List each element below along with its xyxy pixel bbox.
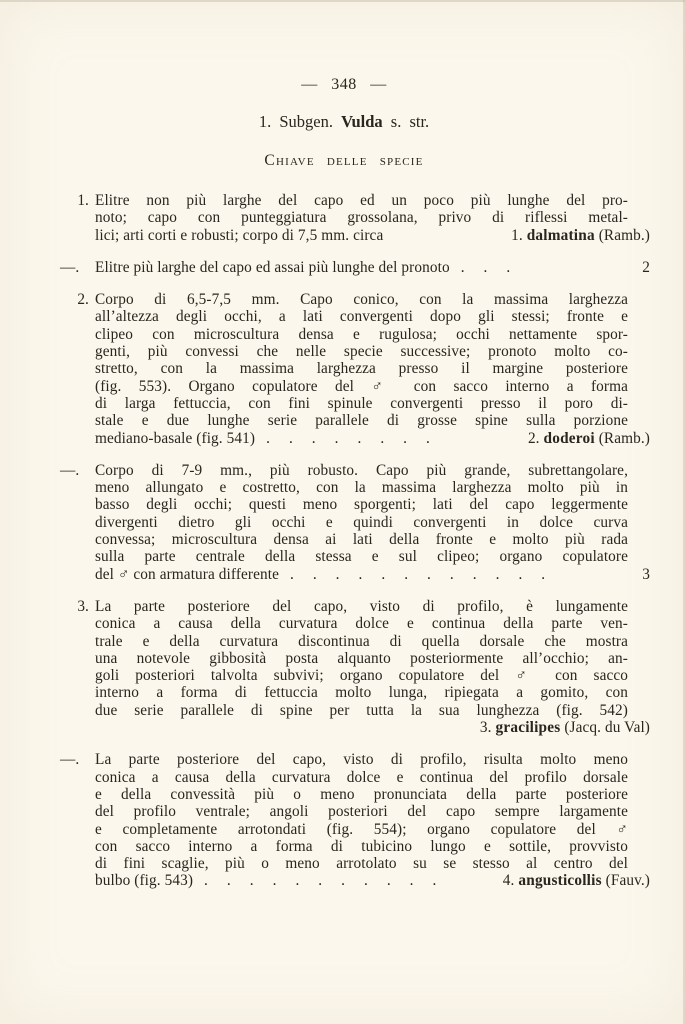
leader-dots: . . . [450,259,511,276]
subgenus-heading-suffix: s. str. [391,112,429,131]
text-line: una notevole gibbosità posta alquanto po… [95,650,628,667]
text-line: due serie parallele di spine per tutta l… [95,702,628,719]
couplet-text: Elitre più larghe del capo ed assai più … [95,259,450,276]
couplet-text: del ♂ con armatura differente [95,566,279,583]
species-name: gracilipes [496,719,561,736]
text-line: stretto, con la massima larghezza presso… [95,360,628,377]
text-line: basso degli occhi; questi meno sporgenti… [95,496,628,513]
leader-dots: . . . . . . . . [255,430,430,447]
text-line: meno allungato e costretto, con la massi… [95,479,628,496]
couplet-tail-line: bulbo (fig. 543). . . . . . . . . . .4. … [95,872,628,889]
couplet-text: mediano-basale (fig. 541) [95,430,255,447]
species-name: dalmatina [527,227,595,244]
leader-dots: . . . . . . . . . . . [193,872,436,889]
key-entry: 1.Elitre non più larghe del capo ed un p… [60,192,628,244]
entry-marker: —. [60,751,95,889]
species-reference: 1. dalmatina (Ramb.) [501,227,650,244]
text-line: sulla parte centrale della stessa e sul … [95,548,628,565]
couplet-tail-line: lici; arti corti e robusti; corpo di 7,5… [95,227,628,244]
text-line: Elitre non più larghe del capo ed un poc… [95,192,628,209]
text-line: trale e della curvatura discontinua di q… [95,633,628,650]
text-line: e della convessità più o meno pronunciat… [95,786,628,803]
text-line: e completamente arrotondati (fig. 554); … [95,821,628,838]
leader-dots: . . . . . . . . . . . . [279,566,545,583]
text-line: di fini scaglie, più o meno arrotolato s… [95,855,628,872]
subgenus-heading: 1. Subgen. Vulda s. str. [60,113,628,131]
key-entry: —.Corpo di 7-9 mm., più robusto. Capo pi… [60,462,628,583]
entry-body: La parte posteriore del capo, visto di p… [95,598,628,736]
text-line: Corpo di 7-9 mm., più robusto. Capo più … [95,462,628,479]
entry-body: Elitre più larghe del capo ed assai più … [95,259,628,276]
entry-body: Corpo di 6,5-7,5 mm. Capo conico, con la… [95,291,628,447]
key-entry: 3.La parte posteriore del capo, visto di… [60,598,628,736]
text-line: del profilo ventrale; angoli posteriori … [95,803,628,820]
subgenus-heading-prefix: 1. Subgen. [259,112,333,131]
species-reference: 3. gracilipes (Jacq. du Val) [95,719,650,736]
key-title: Chiave delle specie [60,152,628,169]
page-number: — 348 — [60,76,628,94]
text-line: Corpo di 6,5-7,5 mm. Capo conico, con la… [95,291,628,308]
subgenus-name: Vulda [341,112,383,131]
key-entry: —.Elitre più larghe del capo ed assai pi… [60,259,628,276]
text-line: La parte posteriore del capo, visto di p… [95,751,628,768]
entry-body: Elitre non più larghe del capo ed un poc… [95,192,628,244]
text-line: La parte posteriore del capo, visto di p… [95,598,628,615]
key-entry: —.La parte posteriore del capo, visto di… [60,751,628,889]
entry-body: Corpo di 7-9 mm., più robusto. Capo più … [95,462,628,583]
entry-marker: 2. [60,291,95,447]
text-line: con sacco interno a forma di tubicino lu… [95,838,628,855]
text-line: stale e due lunghe serie parallele di gr… [95,412,628,429]
species-name: angusticollis [518,872,601,889]
species-reference: 4. angusticollis (Fauv.) [493,872,650,889]
couplet-tail-line: mediano-basale (fig. 541). . . . . . . .… [95,430,628,447]
entry-marker: —. [60,259,95,276]
entry-marker: —. [60,462,95,583]
couplet-target: 2 [632,259,650,276]
text-line: convessa; microscultura densa ai lati de… [95,531,628,548]
text-line: all’altezza degli occhi, a lati converge… [95,308,628,325]
key-entry: 2.Corpo di 6,5-7,5 mm. Capo conico, con … [60,291,628,447]
key-entries: 1.Elitre non più larghe del capo ed un p… [60,192,628,890]
page-content: — 348 — 1. Subgen. Vulda s. str. Chiave … [60,0,628,890]
entry-body: La parte posteriore del capo, visto di p… [95,751,628,889]
couplet-tail-line: del ♂ con armatura differente. . . . . .… [95,566,628,583]
couplet-target: 3 [632,566,650,583]
text-line: genti, più convessi che nelle specie suc… [95,343,628,360]
entry-marker: 3. [60,598,95,736]
text-line: goli posteriori talvolta subvivi; organo… [95,667,628,684]
species-reference: 2. doderoi (Ramb.) [518,430,650,447]
text-line: clipeo con microscultura densa e rugulos… [95,326,628,343]
book-page: — 348 — 1. Subgen. Vulda s. str. Chiave … [0,0,685,1024]
species-name: doderoi [544,430,595,447]
text-line: conica a causa della curvatura dolce e c… [95,615,628,632]
text-line: divergenti dietro gli occhi e quindi con… [95,514,628,531]
text-line: interno a forma di fettuccia molto lunga… [95,684,628,701]
text-line: conica a causa della curvatura dolce e c… [95,769,628,786]
couplet-text: lici; arti corti e robusti; corpo di 7,5… [95,227,383,244]
entry-marker: 1. [60,192,95,244]
text-line: noto; capo con punteggiatura grossolana,… [95,209,628,226]
couplet-tail-line: Elitre più larghe del capo ed assai più … [95,259,628,276]
text-line: di larga fettuccia, con fini spinule con… [95,395,628,412]
text-line: (fig. 553). Organo copulatore del ♂ con … [95,378,628,395]
couplet-text: bulbo (fig. 543) [95,872,193,889]
